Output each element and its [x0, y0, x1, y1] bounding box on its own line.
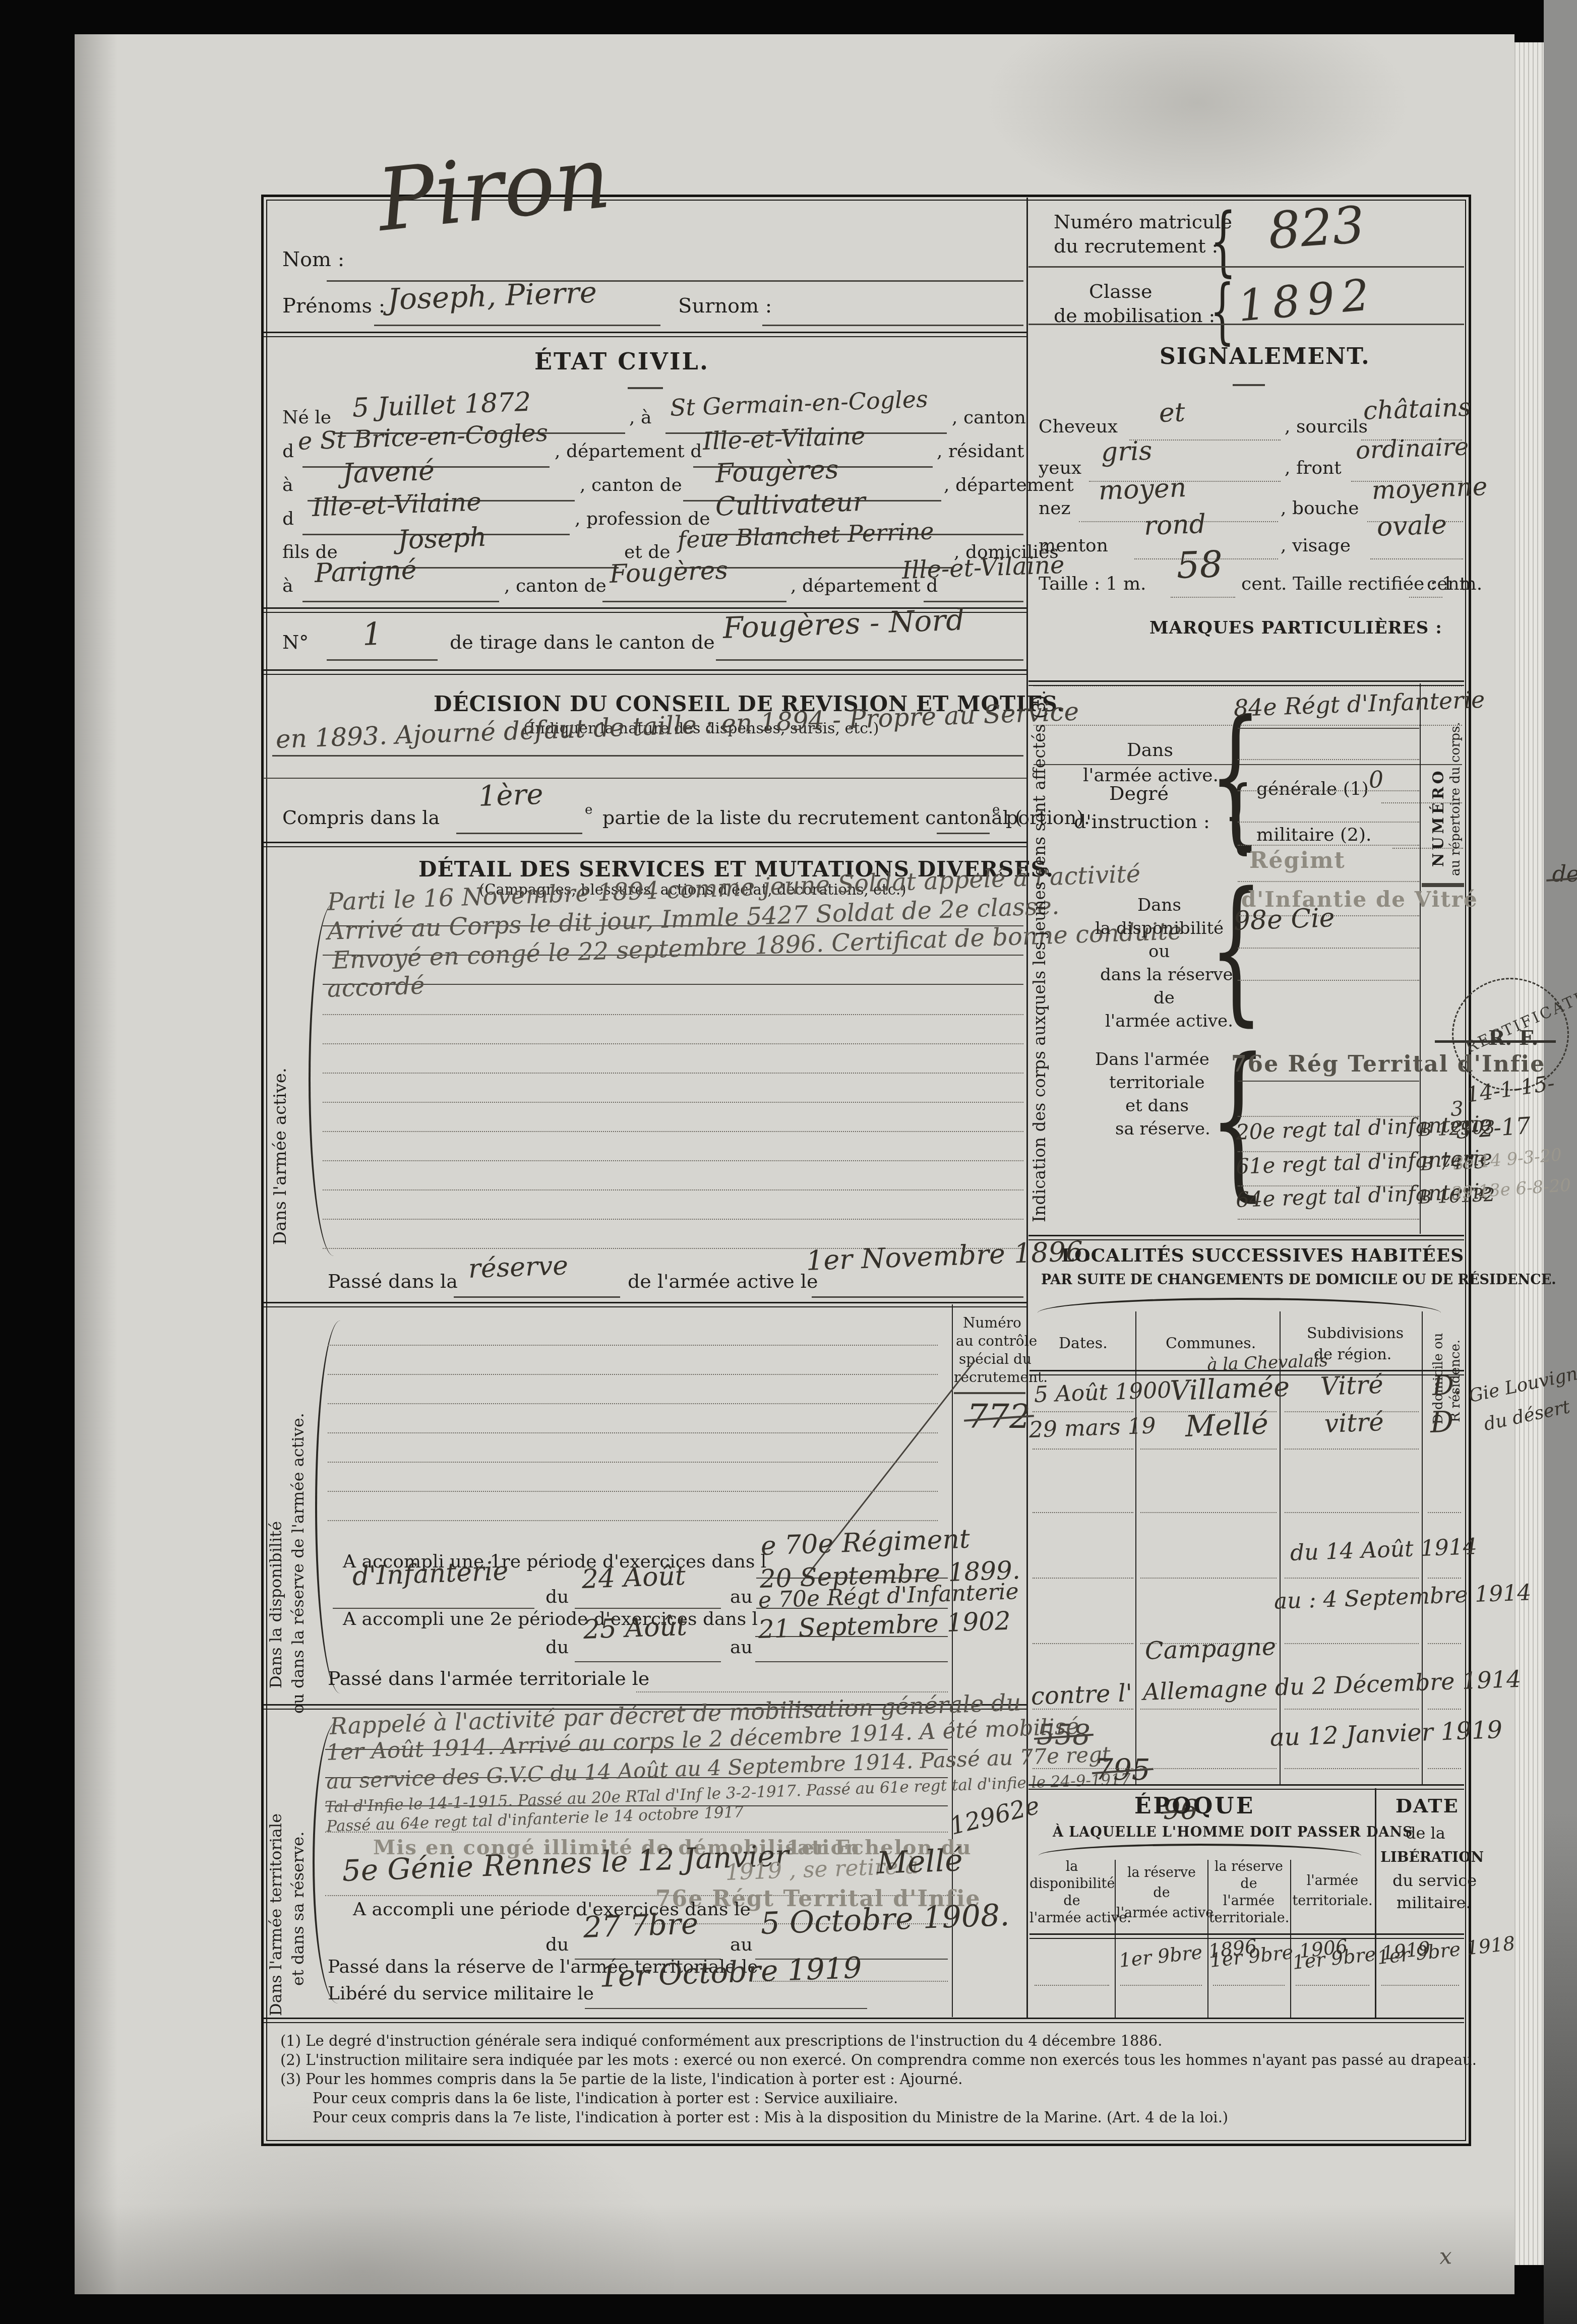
terr-side-1: Dans l'armée territoriale [266, 1734, 285, 2016]
generale-value: 0 [1368, 766, 1384, 793]
compris-a: Compris dans la [282, 806, 440, 829]
ec-l6-v1: Parigné [314, 555, 417, 589]
num-558: 558 [1037, 1719, 1090, 1751]
visage-label: , visage [1281, 535, 1351, 556]
corps-top [1028, 680, 1464, 686]
epoque-date-4: du service [1392, 1871, 1477, 1890]
corps-active-1: Dans [1127, 740, 1173, 761]
numcol-772: 772 [967, 1397, 1030, 1436]
footnote-3: (3) Pour les hommes compris dans la 5e p… [280, 2070, 963, 2088]
services-side-label: Dans l'armée active. [270, 1008, 290, 1245]
visage-value: ovale [1376, 510, 1447, 542]
compris-line1 [456, 833, 582, 834]
ec-l6-line1 [302, 601, 499, 602]
compris-value: 1ère [478, 778, 544, 813]
corps-terr-l2: et dans [1125, 1096, 1189, 1116]
classe-brace: { [1210, 276, 1235, 347]
ep-c4-2: l'armée [1209, 1893, 1289, 1909]
yeux-value: gris [1101, 435, 1153, 468]
taille-fin: cent. [1427, 574, 1473, 594]
ec-l4-v1: Ille-et-Vilaine [312, 487, 482, 522]
periode2-au: au [730, 1637, 753, 1658]
periode1-du-v: 24 Août [581, 1561, 686, 1595]
loc-r1-sub: Vitré [1320, 1370, 1384, 1401]
epoque-date-1: DATE [1396, 1794, 1459, 1817]
footnote-4: Pour ceux compris dans la 6e liste, l'in… [313, 2090, 898, 2107]
footnote-1: (1) Le degré d'instruction générale sera… [280, 2032, 1163, 2049]
periode-terr-du-v: 27 7bre [583, 1906, 699, 1944]
ec-l2-v2: Ille-et-Vilaine [702, 422, 866, 456]
numcol-h3: spécial du [959, 1351, 1024, 1367]
corps-numcol-1: NUMÉRO [1430, 696, 1447, 867]
decision-line [272, 755, 1023, 757]
epoque-title: ÉPOQUE [1134, 1793, 1255, 1819]
matricule-line [1028, 266, 1464, 268]
ec-l3-b: , canton de [580, 475, 682, 495]
periode2-du-v: 25 Août [583, 1611, 688, 1645]
loc-r2-commune: Mellé [1185, 1406, 1269, 1443]
degre-2: d'instruction : [1074, 810, 1210, 833]
rule-services-bottom [263, 1302, 1026, 1307]
corps-terr-l3: sa réserve. [1115, 1119, 1210, 1139]
etat-civil-dash [628, 387, 663, 389]
periode1-v2: d'Infanterie [352, 1556, 509, 1592]
passe-reserve-b: de l'armée active le [628, 1270, 818, 1292]
localites-subtitle: PAR SUITE DE CHANGEMENTS DE DOMICILE OU … [1041, 1272, 1556, 1288]
ec-l2-b: , département d [555, 441, 702, 462]
col-sub1: Subdivisions [1307, 1325, 1404, 1342]
bottom-pen-mark: x [1439, 2243, 1452, 2270]
rectification-rf: R. F. [1488, 1026, 1538, 1050]
ep-c4-3: territoriale. [1209, 1910, 1289, 1926]
cheveux-label: Cheveux [1039, 416, 1118, 437]
sourcils-value: châtains [1363, 393, 1472, 425]
front-label: , front [1285, 458, 1342, 478]
ep-c2-1: de [1116, 1885, 1207, 1901]
periode1-du: du [545, 1587, 569, 1607]
terr-side-2: et dans sa réserve. [288, 1764, 308, 1986]
periode2-a: A accompli une 2e période d'exercices da… [343, 1609, 758, 1629]
ec-l6-a: à [282, 576, 293, 596]
ec-l1-a: Né le [282, 407, 331, 428]
libere-label: Libéré du service militaire le [328, 1983, 594, 2004]
periode-terr-au: au [730, 1934, 753, 1955]
periode1-au: au [730, 1587, 753, 1607]
corps-dispo-l0: Dans [1137, 895, 1181, 915]
ep-c1-3: l'armée active. [1029, 1910, 1114, 1926]
corps-terr-l1: territoriale [1109, 1073, 1205, 1093]
ep-c1-0: la [1029, 1859, 1114, 1874]
ec-l1-b: , à [629, 407, 651, 428]
num-795: 795 [1095, 1752, 1150, 1787]
signalement-title: SIGNALEMENT. [1160, 344, 1370, 369]
loc-r2-sub: vitré [1324, 1407, 1384, 1438]
ep-c2-0: la réserve [1116, 1865, 1207, 1880]
compris-line2 [937, 833, 990, 834]
footnote-5: Pour ceux compris dans la 7e liste, l'in… [313, 2109, 1228, 2126]
loc-r2-date: 29 mars 19 [1028, 1413, 1156, 1443]
militaire-label: militaire (2). [1256, 825, 1372, 845]
dispo-side-2: ou dans la réserve de l'armée active. [288, 1381, 308, 1714]
bouche-label: , bouche [1281, 498, 1359, 519]
rule-tirage-bottom [263, 669, 1026, 675]
corps-dispo-l4: de [1154, 988, 1175, 1008]
prenoms-line [374, 325, 660, 326]
ec-l4-v2: Cultivateur [715, 487, 866, 522]
footnote-2: (2) L'instruction militaire sera indiqué… [280, 2051, 1477, 2068]
crossed-reserve: de réserve [1552, 861, 1577, 887]
numcol-h1: Numéro [962, 1314, 1022, 1331]
yeux-label: yeux [1039, 458, 1081, 478]
compris-b: partie de la liste du recrutement canton… [602, 806, 1022, 829]
ep-c4-0: la réserve [1209, 1859, 1289, 1874]
loc-r1-commune: Villamée [1170, 1371, 1290, 1407]
dispo-side-1: Dans la disponibilité [266, 1406, 285, 1688]
epoque-date-3: LIBÉRATION [1380, 1849, 1484, 1865]
corps-dispo-l1: la disponibilité [1095, 918, 1224, 938]
tirage-text: de tirage dans le canton de [450, 631, 715, 653]
compris-sup1: e [585, 802, 592, 818]
surnom-label: Surnom : [678, 294, 772, 318]
nez-value: moyen [1098, 473, 1187, 506]
matricule-label-1: Numéro matricule [1054, 211, 1232, 233]
ec-l5-v1: Joseph [397, 522, 487, 555]
campagne-l3: Campagne [1144, 1632, 1277, 1665]
corps-active-2: l'armée active. [1083, 765, 1219, 786]
ec-l6-line3 [924, 601, 1023, 602]
matricule-label-2: du recrutement : [1054, 235, 1218, 257]
ec-l6-line2 [602, 601, 786, 602]
ep-c1-1: disponibilité [1029, 1876, 1114, 1892]
numcol-h2: au contrôle [956, 1333, 1026, 1349]
classe-label-1: Classe [1089, 280, 1152, 302]
epoque-date-5: militaire. [1397, 1893, 1471, 1912]
ep-c4-1: de [1209, 1876, 1289, 1892]
front-value: ordinaire [1355, 432, 1469, 465]
campagne-l4a: contre l' [1030, 1679, 1133, 1711]
matricule-value: 823 [1266, 195, 1367, 261]
services-hw4: accordé [327, 971, 425, 1003]
prenoms-value: Joseph, Pierre [387, 275, 597, 317]
col-dates: Dates. [1059, 1335, 1108, 1352]
nez-label: nez [1039, 498, 1070, 519]
taille-value: 58 [1176, 543, 1224, 587]
periode2-du: du [545, 1637, 569, 1658]
menton-label: menton [1039, 535, 1108, 556]
generale-label: générale (1) [1256, 779, 1369, 799]
sourcils-label: , sourcils [1285, 416, 1368, 437]
ep-c2-2: l'armée active. [1116, 1905, 1207, 1921]
loc-r1-dr: D. [1432, 1369, 1463, 1402]
rule-header-bottom [263, 332, 1026, 337]
etat-civil-title: ÉTAT CIVIL. [534, 348, 709, 375]
ec-l6-v2: Fougères [609, 555, 729, 589]
passe-reserve-v1: réserve [468, 1250, 569, 1284]
epoque-date-2: de la [1406, 1824, 1445, 1843]
classe-line [1028, 324, 1464, 325]
ec-l1-c: , canton [952, 407, 1026, 428]
tirage-no-value: 1 [361, 615, 383, 653]
col-communes: Communes. [1166, 1335, 1256, 1352]
ec-l3-v2: Fougères [715, 455, 839, 489]
tirage-line1 [327, 659, 438, 661]
ec-l4-a: d [282, 509, 294, 529]
menton-value: rond [1143, 509, 1206, 541]
epoque-top [1028, 1784, 1464, 1790]
taille-label: Taille : 1 m. [1039, 574, 1146, 594]
matricule-brace: { [1210, 204, 1236, 279]
ec-l2-c: , résidant [937, 441, 1024, 462]
corps-side-label: Indication des corps auxquels les jeunes… [1029, 698, 1049, 1222]
nom-label: Nom : [282, 248, 344, 271]
demob-hw2: Mellé [876, 1843, 963, 1881]
ec-l3-a: à [282, 475, 293, 495]
ec-l1-v1: 5 Juillet 1872 [352, 387, 531, 423]
ec-l6-b: , canton de [504, 576, 606, 596]
marques-label: MARQUES PARTICULIÈRES : [1149, 618, 1442, 638]
corps-numcol-2: au répertoire du corps. [1448, 689, 1463, 876]
corps-terr-l0: Dans l'armée [1095, 1049, 1209, 1070]
rule-decision-thin [263, 778, 1026, 779]
margin-date-2: 3-2-17 [1455, 1112, 1532, 1144]
ep-c3-1: territoriale. [1292, 1893, 1373, 1909]
rule-footnotes-top [263, 2018, 1464, 2023]
compris-sup2: e [992, 802, 1000, 818]
passe-terr-label: Passé dans l'armée territoriale le [328, 1667, 649, 1689]
register-scan: Nom : Piron Prénoms : Joseph, Pierre Sur… [0, 0, 1577, 2324]
cheveux-value: et [1159, 397, 1186, 428]
localites-title: LOCALITÉS SUCCESSIVES HABITÉES [1061, 1245, 1464, 1266]
stamp-regiment: Régimt [1249, 848, 1346, 873]
periode-terr-du: du [545, 1934, 569, 1955]
surnom-line [762, 325, 1023, 326]
rule-compris-bottom [263, 842, 1026, 847]
hw-cie: 98e Cie [1233, 903, 1336, 936]
ec-l2-a: d [282, 441, 294, 462]
tirage-line2 [716, 659, 1023, 661]
services-l3 [323, 984, 1023, 985]
ep-c1-2: de [1029, 1893, 1114, 1909]
corps-dispo-l2: ou [1148, 941, 1170, 962]
bouche-value: moyenne [1371, 472, 1488, 505]
ep-c3-0: l'armée [1292, 1873, 1373, 1889]
tirage-no-label: N° [282, 631, 309, 653]
passe-reserve-a: Passé dans la [328, 1270, 458, 1292]
ec-l3-v1: Javené [342, 455, 435, 489]
localites-top [1028, 1235, 1464, 1240]
loc-r1-date: 5 Août 1900 [1034, 1377, 1172, 1408]
epoque-subtitle: À LAQUELLE L'HOMME DOIT PASSER DANS [1053, 1825, 1413, 1840]
loc-r2-dr: D [1430, 1404, 1454, 1439]
prenoms-label: Prénoms : [282, 294, 385, 318]
